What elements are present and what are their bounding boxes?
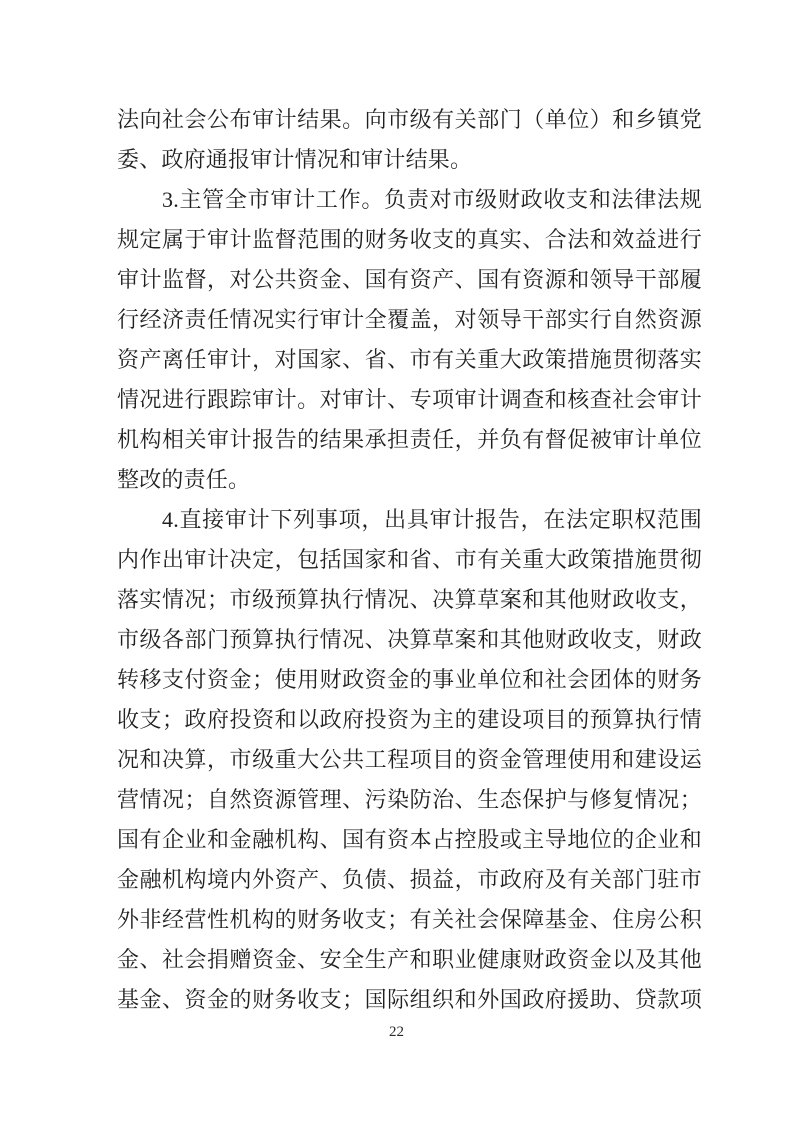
text-line: 机构相关审计报告的结果承担责任，并负有督促被审计单位 <box>117 420 702 460</box>
text-line: 金融机构境内外资产、负债、损益，市政府及有关部门驻市 <box>117 860 702 900</box>
document-body: 法向社会公布审计结果。向市级有关部门（单位）和乡镇党委、政府通报审计情况和审计结… <box>117 100 702 1020</box>
text-line: 况和决算，市级重大公共工程项目的资金管理使用和建设运 <box>117 740 702 780</box>
text-line: 委、政府通报审计情况和审计结果。 <box>117 140 702 180</box>
text-line: 整改的责任。 <box>117 460 702 500</box>
text-line: 情况进行跟踪审计。对审计、专项审计调查和核查社会审计 <box>117 380 702 420</box>
text-line: 金、社会捐赠资金、安全生产和职业健康财政资金以及其他 <box>117 940 702 980</box>
text-line: 外非经营性机构的财务收支；有关社会保障基金、住房公积 <box>117 900 702 940</box>
text-line: 法向社会公布审计结果。向市级有关部门（单位）和乡镇党 <box>117 100 702 140</box>
page-number: 22 <box>0 1020 793 1044</box>
text-line: 转移支付资金；使用财政资金的事业单位和社会团体的财务 <box>117 660 702 700</box>
text-line: 收支；政府投资和以政府投资为主的建设项目的预算执行情 <box>117 700 702 740</box>
document-page: 法向社会公布审计结果。向市级有关部门（单位）和乡镇党委、政府通报审计情况和审计结… <box>0 0 793 1122</box>
text-line: 行经济责任情况实行审计全覆盖，对领导干部实行自然资源 <box>117 300 702 340</box>
text-line: 基金、资金的财务收支；国际组织和外国政府援助、贷款项 <box>117 980 702 1020</box>
text-line: 内作出审计决定，包括国家和省、市有关重大政策措施贯彻 <box>117 540 702 580</box>
text-line: 3.主管全市审计工作。负责对市级财政收支和法律法规 <box>117 180 702 220</box>
text-line: 规定属于审计监督范围的财务收支的真实、合法和效益进行 <box>117 220 702 260</box>
text-line: 审计监督，对公共资金、国有资产、国有资源和领导干部履 <box>117 260 702 300</box>
text-line: 市级各部门预算执行情况、决算草案和其他财政收支，财政 <box>117 620 702 660</box>
text-line: 4.直接审计下列事项，出具审计报告，在法定职权范围 <box>117 500 702 540</box>
text-line: 资产离任审计，对国家、省、市有关重大政策措施贯彻落实 <box>117 340 702 380</box>
text-line: 营情况；自然资源管理、污染防治、生态保护与修复情况； <box>117 780 702 820</box>
text-line: 落实情况；市级预算执行情况、决算草案和其他财政收支， <box>117 580 702 620</box>
text-line: 国有企业和金融机构、国有资本占控股或主导地位的企业和 <box>117 820 702 860</box>
